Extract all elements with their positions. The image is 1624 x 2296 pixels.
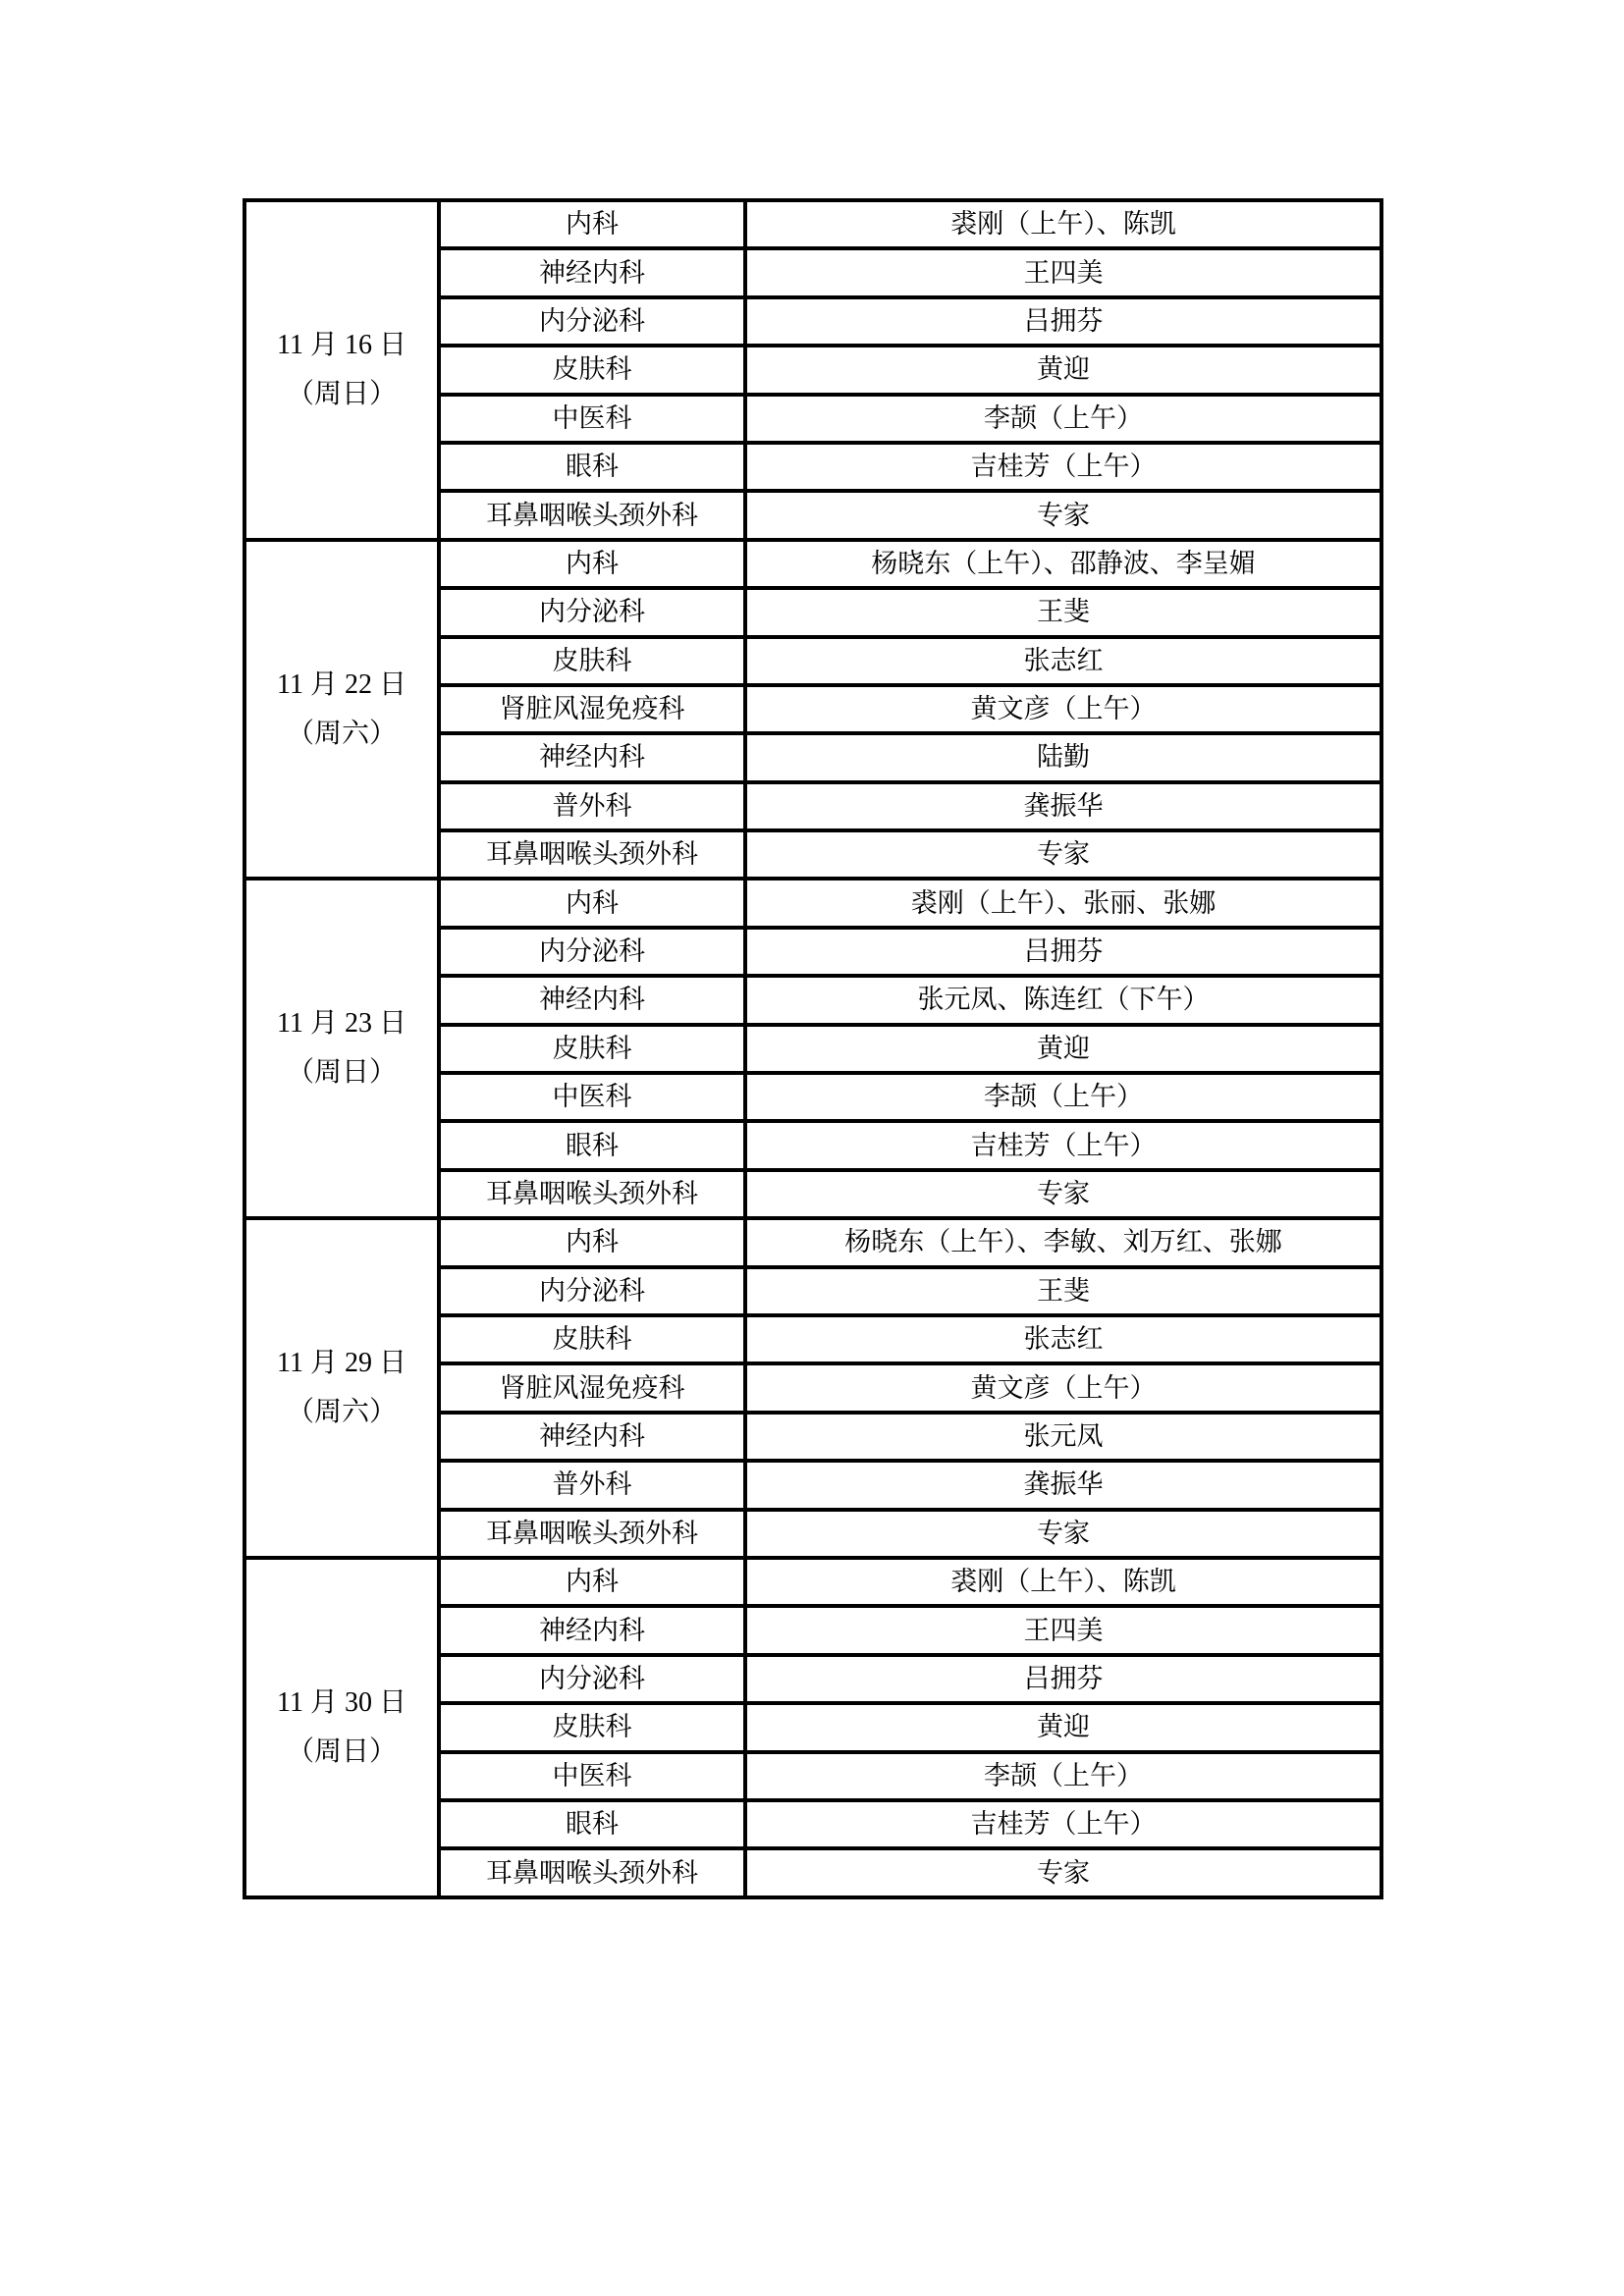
doctors-cell: 杨晓东（上午）、李敏、刘万红、张娜 — [745, 1218, 1381, 1266]
document-page: 11 月 16 日（周日）内科裘刚（上午）、陈凯神经内科王四美内分泌科吕拥芬皮肤… — [0, 0, 1624, 2296]
department-cell: 内分泌科 — [439, 928, 745, 976]
department-cell: 中医科 — [439, 1073, 745, 1121]
doctors-cell: 李颉（上午） — [745, 1073, 1381, 1121]
doctors-cell: 张元凤、陈连红（下午） — [745, 976, 1381, 1024]
doctors-cell: 吉桂芳（上午） — [745, 1121, 1381, 1169]
date-cell: 11 月 16 日（周日） — [244, 200, 439, 540]
doctors-cell: 杨晓东（上午）、邵静波、李呈媚 — [745, 540, 1381, 588]
department-cell: 内科 — [439, 1218, 745, 1266]
department-cell: 皮肤科 — [439, 346, 745, 394]
doctors-cell: 黄文彦（上午） — [745, 1363, 1381, 1412]
schedule-row: 11 月 23 日（周日）内科裘刚（上午）、张丽、张娜 — [244, 879, 1381, 927]
department-cell: 神经内科 — [439, 1413, 745, 1461]
department-cell: 眼科 — [439, 443, 745, 491]
doctors-cell: 专家 — [745, 1510, 1381, 1558]
department-cell: 耳鼻咽喉头颈外科 — [439, 830, 745, 879]
date-cell: 11 月 22 日（周六） — [244, 540, 439, 880]
date-cell: 11 月 29 日（周六） — [244, 1218, 439, 1558]
date-line1: 11 月 22 日 — [246, 661, 437, 710]
department-cell: 皮肤科 — [439, 1703, 745, 1751]
schedule-row: 11 月 22 日（周六）内科杨晓东（上午）、邵静波、李呈媚 — [244, 540, 1381, 588]
date-cell: 11 月 30 日（周日） — [244, 1558, 439, 1897]
doctors-cell: 裘刚（上午）、陈凯 — [745, 200, 1381, 248]
duty-schedule-table: 11 月 16 日（周日）内科裘刚（上午）、陈凯神经内科王四美内分泌科吕拥芬皮肤… — [243, 198, 1383, 1899]
department-cell: 内分泌科 — [439, 1655, 745, 1703]
doctors-cell: 裘刚（上午）、陈凯 — [745, 1558, 1381, 1606]
department-cell: 神经内科 — [439, 248, 745, 296]
department-cell: 中医科 — [439, 395, 745, 443]
doctors-cell: 吕拥芬 — [745, 1655, 1381, 1703]
doctors-cell: 吕拥芬 — [745, 297, 1381, 346]
department-cell: 肾脏风湿免疫科 — [439, 685, 745, 733]
department-cell: 内分泌科 — [439, 588, 745, 636]
department-cell: 耳鼻咽喉头颈外科 — [439, 1848, 745, 1897]
doctors-cell: 专家 — [745, 1170, 1381, 1218]
date-line2: （周日） — [246, 1728, 437, 1777]
department-cell: 中医科 — [439, 1752, 745, 1800]
date-line2: （周日） — [246, 370, 437, 419]
doctors-cell: 龚振华 — [745, 782, 1381, 830]
department-cell: 肾脏风湿免疫科 — [439, 1363, 745, 1412]
department-cell: 内分泌科 — [439, 1267, 745, 1315]
date-line1: 11 月 16 日 — [246, 321, 437, 370]
doctors-cell: 张志红 — [745, 1315, 1381, 1363]
doctors-cell: 黄迎 — [745, 346, 1381, 394]
department-cell: 内科 — [439, 879, 745, 927]
doctors-cell: 李颉（上午） — [745, 1752, 1381, 1800]
schedule-row: 11 月 16 日（周日）内科裘刚（上午）、陈凯 — [244, 200, 1381, 248]
department-cell: 耳鼻咽喉头颈外科 — [439, 1510, 745, 1558]
doctors-cell: 专家 — [745, 491, 1381, 539]
doctors-cell: 王斐 — [745, 588, 1381, 636]
doctors-cell: 王四美 — [745, 248, 1381, 296]
doctors-cell: 吉桂芳（上午） — [745, 443, 1381, 491]
department-cell: 内分泌科 — [439, 297, 745, 346]
department-cell: 普外科 — [439, 1461, 745, 1509]
department-cell: 耳鼻咽喉头颈外科 — [439, 491, 745, 539]
department-cell: 皮肤科 — [439, 1315, 745, 1363]
date-line1: 11 月 30 日 — [246, 1679, 437, 1728]
schedule-row: 11 月 30 日（周日）内科裘刚（上午）、陈凯 — [244, 1558, 1381, 1606]
doctors-cell: 李颉（上午） — [745, 395, 1381, 443]
department-cell: 眼科 — [439, 1800, 745, 1848]
department-cell: 皮肤科 — [439, 1025, 745, 1073]
department-cell: 内科 — [439, 200, 745, 248]
doctors-cell: 张元凤 — [745, 1413, 1381, 1461]
date-cell: 11 月 23 日（周日） — [244, 879, 439, 1218]
department-cell: 内科 — [439, 1558, 745, 1606]
doctors-cell: 吕拥芬 — [745, 928, 1381, 976]
department-cell: 皮肤科 — [439, 637, 745, 685]
doctors-cell: 专家 — [745, 1848, 1381, 1897]
doctors-cell: 黄迎 — [745, 1703, 1381, 1751]
date-line2: （周六） — [246, 710, 437, 759]
department-cell: 普外科 — [439, 782, 745, 830]
doctors-cell: 王斐 — [745, 1267, 1381, 1315]
doctors-cell: 龚振华 — [745, 1461, 1381, 1509]
schedule-body: 11 月 16 日（周日）内科裘刚（上午）、陈凯神经内科王四美内分泌科吕拥芬皮肤… — [244, 200, 1381, 1897]
doctors-cell: 裘刚（上午）、张丽、张娜 — [745, 879, 1381, 927]
doctors-cell: 专家 — [745, 830, 1381, 879]
department-cell: 耳鼻咽喉头颈外科 — [439, 1170, 745, 1218]
department-cell: 神经内科 — [439, 976, 745, 1024]
department-cell: 内科 — [439, 540, 745, 588]
date-line1: 11 月 23 日 — [246, 999, 437, 1048]
date-line2: （周六） — [246, 1388, 437, 1437]
doctors-cell: 陆勤 — [745, 733, 1381, 781]
doctors-cell: 黄文彦（上午） — [745, 685, 1381, 733]
doctors-cell: 吉桂芳（上午） — [745, 1800, 1381, 1848]
doctors-cell: 张志红 — [745, 637, 1381, 685]
schedule-row: 11 月 29 日（周六）内科杨晓东（上午）、李敏、刘万红、张娜 — [244, 1218, 1381, 1266]
doctors-cell: 王四美 — [745, 1606, 1381, 1654]
department-cell: 眼科 — [439, 1121, 745, 1169]
doctors-cell: 黄迎 — [745, 1025, 1381, 1073]
date-line2: （周日） — [246, 1048, 437, 1097]
date-line1: 11 月 29 日 — [246, 1339, 437, 1388]
department-cell: 神经内科 — [439, 733, 745, 781]
department-cell: 神经内科 — [439, 1606, 745, 1654]
